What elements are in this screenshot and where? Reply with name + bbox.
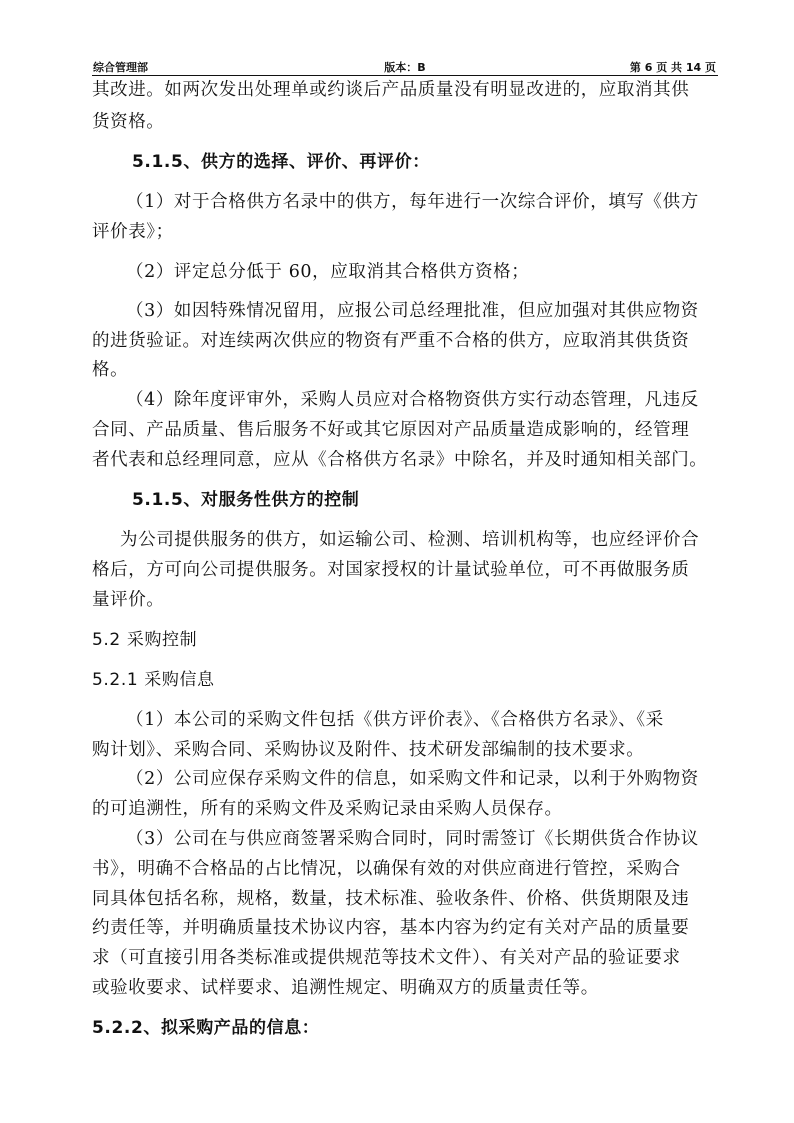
paragraph-line: 货资格。 (92, 110, 724, 134)
paragraph-line: （2）评定总分低于 60，应取消其合格供方资格； (126, 260, 758, 284)
paragraph-line: 约责任等，并明确质量技术协议内容，基本内容为约定有关对产品的质量要 (92, 916, 724, 940)
section-heading-5-1-5-service-suppliers: 5.1.5、对服务性供方的控制 (132, 488, 764, 512)
paragraph-line: 求（可直接引用各类标准或提供规范等技术文件）、有关对产品的验证要求 (92, 946, 724, 970)
paragraph-line: （4）除年度评审外，采购人员应对合格物资供方实行动态管理，凡违反 (126, 388, 758, 412)
paragraph-line: 的可追溯性，所有的采购文件及采购记录由采购人员保存。 (92, 797, 724, 821)
paragraph-line: （1）本公司的采购文件包括《供方评价表》、《合格供方名录》、《采 (126, 708, 758, 732)
paragraph-line: （1）对于合格供方名录中的供方，每年进行一次综合评价，填写《供方 (126, 190, 758, 214)
header-version: 版本：B (384, 59, 425, 75)
paragraph-line: 量评价。 (92, 588, 724, 612)
paragraph-line: （3）如因特殊情况留用，应报公司总经理批准，但应加强对其供应物资 (126, 299, 758, 323)
header-page-info: 第 6 页 共 14 页 (630, 59, 716, 75)
section-heading-5-1-5-supplier-evaluation: 5.1.5、供方的选择、评价、再评价： (132, 150, 764, 174)
paragraph-line: 者代表和总经理同意，应从《合格供方名录》中除名，并及时通知相关部门。 (92, 448, 724, 472)
section-heading-5-2-1: 5.2.1 采购信息 (92, 668, 724, 692)
paragraph-line: （3）公司在与供应商签署采购合同时，同时需签订《长期供货合作协议 (126, 827, 758, 851)
header-department: 综合管理部 (93, 59, 148, 75)
paragraph-line: 书》，明确不合格品的占比情况，以确保有效的对供应商进行管控，采购合 (92, 857, 724, 881)
paragraph-line: 购计划》、采购合同、采购协议及附件、技术研发部编制的技术要求。 (92, 738, 724, 762)
paragraph-line: 同具体包括名称，规格，数量，技术标准、验收条件、价格、供货期限及违 (92, 887, 724, 911)
paragraph-line: 格后，方可向公司提供服务。对国家授权的计量试验单位，可不再做服务质 (92, 558, 724, 582)
paragraph-line: 合同、产品质量、售后服务不好或其它原因对产品质量造成影响的，经管理 (92, 418, 724, 442)
paragraph-line: 的进货验证。对连续两次供应的物资有严重不合格的供方，应取消其供货资 (92, 329, 724, 353)
paragraph-line: 评价表》； (92, 220, 724, 244)
page-header: 综合管理部 版本：B 第 6 页 共 14 页 (92, 58, 718, 76)
section-heading-5-2: 5.2 采购控制 (92, 628, 724, 652)
paragraph-line: 或验收要求、试样要求、追溯性规定、明确双方的质量责任等。 (92, 976, 724, 1000)
paragraph-line: 为公司提供服务的供方，如运输公司、检测、培训机构等，也应经评价合 (120, 528, 752, 552)
section-heading-5-2-2: 5.2.2、拟采购产品的信息： (92, 1016, 724, 1040)
paragraph-line: （2）公司应保存采购文件的信息，如采购文件和记录，以利于外购物资 (126, 767, 758, 791)
paragraph-line: 其改进。如两次发出处理单或约谈后产品质量没有明显改进的，应取消其供 (92, 78, 724, 102)
paragraph-line: 格。 (92, 358, 724, 382)
